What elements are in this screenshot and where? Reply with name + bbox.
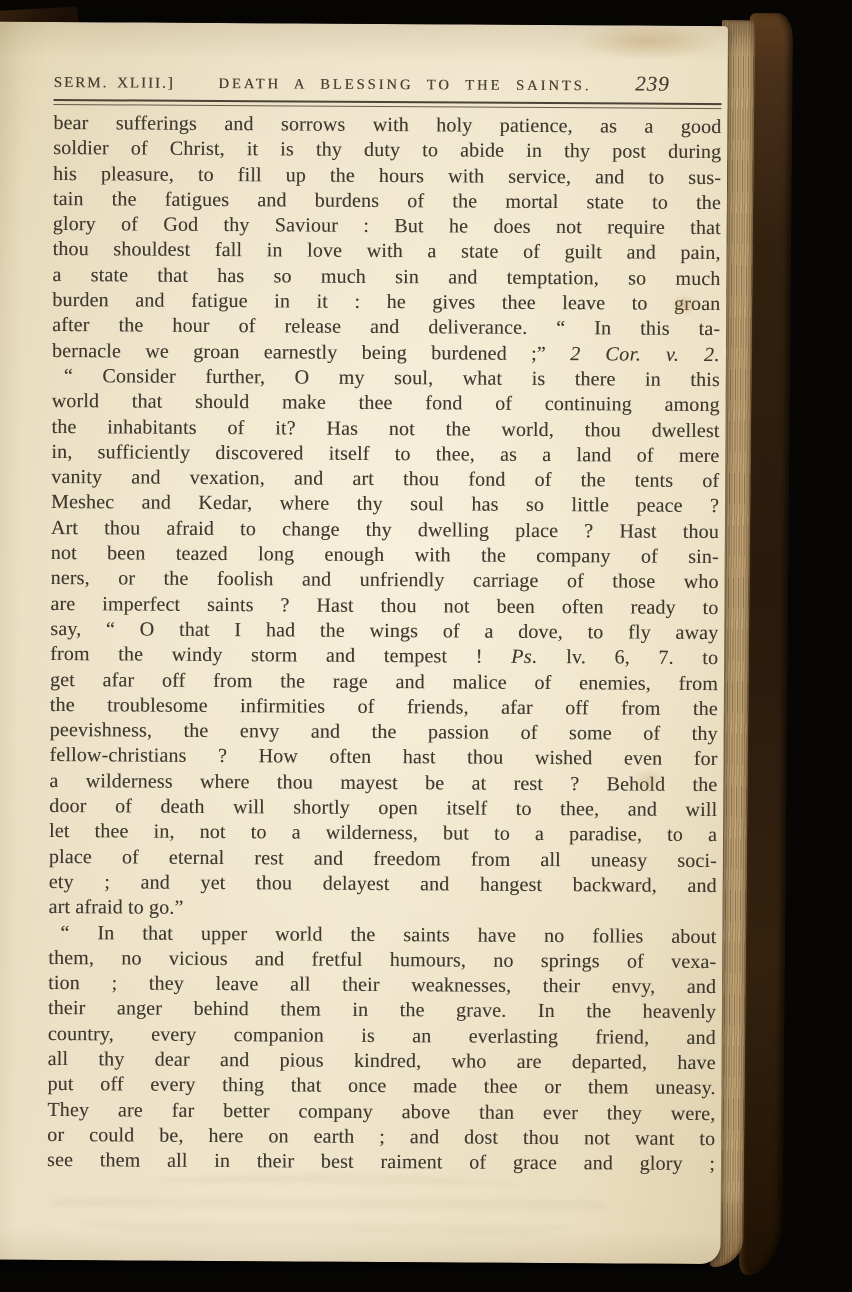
text-line: see them all in their best raiment of gr… [47, 1148, 715, 1177]
text-line: fellow-christians ? How often hast thou … [49, 743, 717, 772]
text-line: “ In that upper world the saints have no… [48, 920, 716, 949]
header-rule [53, 99, 721, 109]
page-body: bear sufferings and sorrows with holy pa… [47, 111, 721, 1178]
page-stain [578, 23, 718, 60]
photo-background: SERM. XLIII.] DEATH A BLESSING TO THE SA… [0, 0, 852, 1292]
text-line: art afraid to go.” [49, 895, 717, 924]
page-header: SERM. XLIII.] DEATH A BLESSING TO THE SA… [54, 68, 722, 97]
book-page: SERM. XLIII.] DEATH A BLESSING TO THE SA… [0, 22, 728, 1264]
paragraph: “ In that upper world the saints have no… [47, 920, 717, 1177]
paragraph: bear sufferings and sorrows with holy pa… [52, 111, 722, 368]
running-title: DEATH A BLESSING TO THE SAINTS. [175, 76, 636, 96]
text-line: after the hour of release and deliveranc… [52, 313, 720, 342]
text-line: put off every thing that once made thee … [47, 1072, 715, 1101]
text-line: let thee in, not to a wilderness, but to… [49, 819, 717, 848]
text-line: get afar off from the rage and malice of… [50, 668, 718, 697]
text-line: place of eternal rest and freedom from a… [49, 845, 717, 874]
paragraph: “ Consider further, O my soul, what is t… [49, 364, 720, 925]
page-number: 239 [635, 72, 670, 97]
text-line: thou shouldest fall in love with a state… [53, 237, 721, 266]
text-line: ners, or the foolish and unfriendly carr… [51, 566, 719, 595]
text-line: They are far better company above than e… [47, 1098, 715, 1127]
text-line: the inhabitants of it? Has not the world… [51, 415, 719, 444]
text-line: their anger behind them in the grave. In… [48, 996, 716, 1025]
text-line: soldier of Christ, it is thy duty to abi… [53, 136, 721, 165]
sermon-number-label: SERM. XLIII.] [54, 75, 175, 93]
text-line: his pleasure, to fill up the hours with … [53, 162, 721, 191]
text-line: world that should make thee fond of cont… [52, 389, 720, 418]
page-showthrough [49, 1172, 609, 1245]
text-line: from the windy storm and tempest ! Ps. l… [50, 642, 718, 671]
text-line: Meshec and Kedar, where thy soul has so … [51, 490, 719, 519]
